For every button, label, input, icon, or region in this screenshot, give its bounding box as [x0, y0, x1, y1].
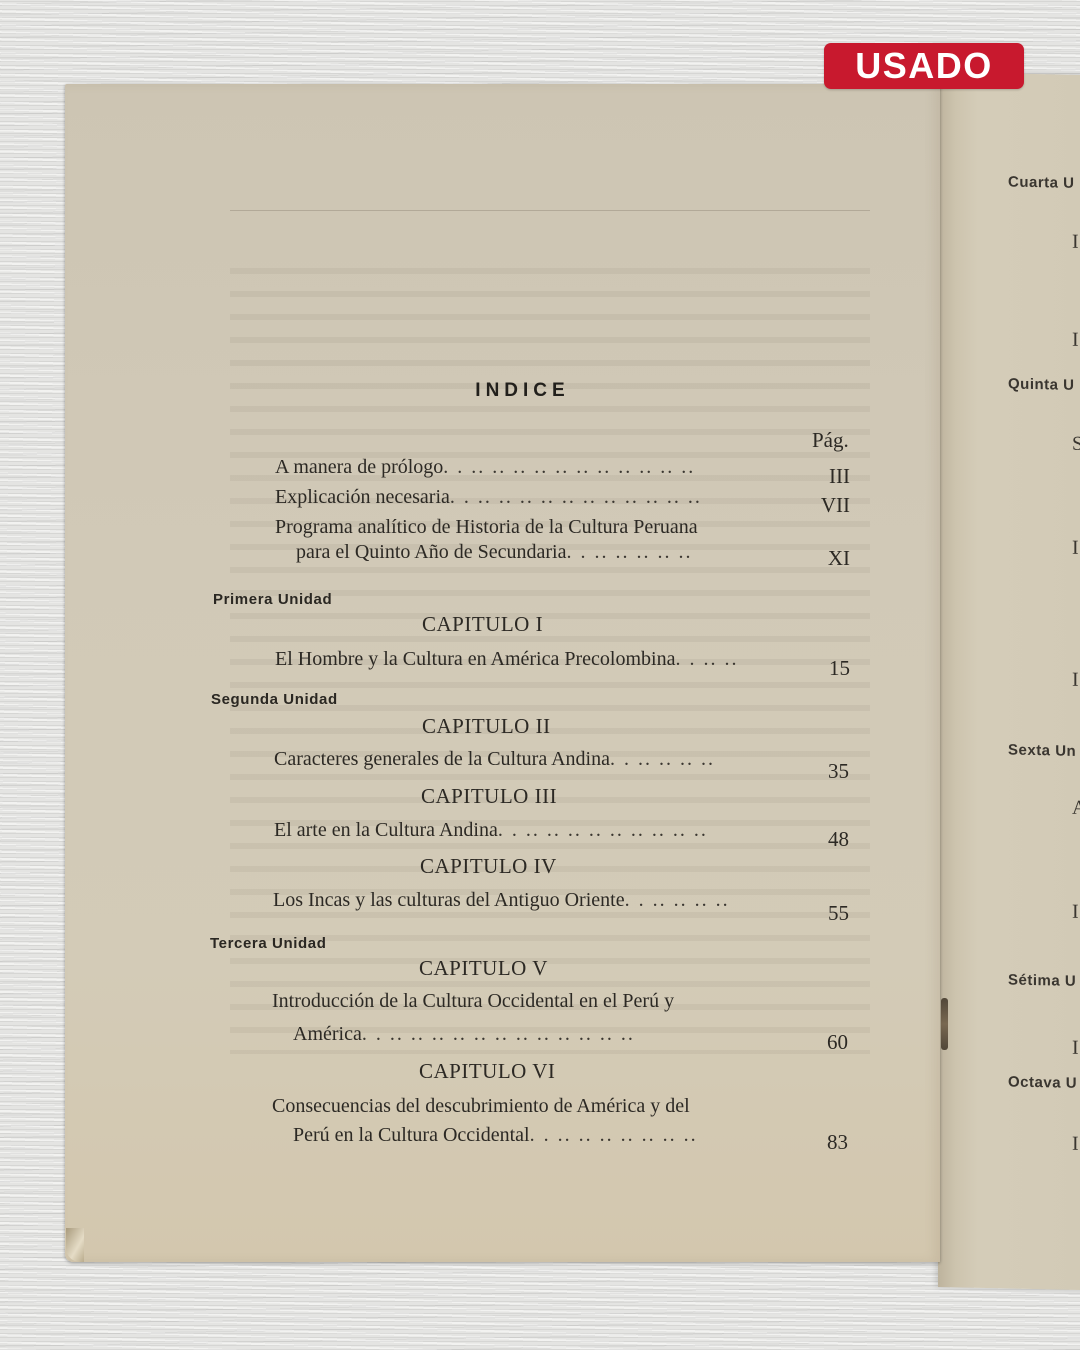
toc-entry-title: El arte en la Cultura Andina — [274, 819, 498, 841]
unit-label-cuarta: Cuarta U — [1008, 173, 1075, 191]
page-number: 15 — [790, 656, 850, 681]
toc-entry-continuation[interactable]: América. . .. .. .. .. .. .. .. .. .. ..… — [293, 1023, 635, 1046]
dot-leaders: . . .. .. .. .. .. .. .. — [530, 1124, 698, 1146]
dot-leaders: . . .. .. — [675, 648, 738, 670]
dot-leaders: . . .. .. .. .. .. .. .. .. .. — [498, 819, 708, 841]
page-corner-curl — [66, 1228, 84, 1262]
toc-entry[interactable]: El arte en la Cultura Andina. . .. .. ..… — [274, 819, 708, 842]
page-number: XI — [790, 546, 850, 571]
dot-leaders: . . .. .. .. .. .. — [566, 541, 692, 563]
toc-entry[interactable]: Explicación necesaria. . .. .. .. .. .. … — [275, 486, 702, 509]
page-number: 35 — [789, 759, 849, 784]
toc-entry[interactable]: Caracteres generales de la Cultura Andin… — [274, 748, 715, 771]
chapter-fragment: I — [1072, 537, 1079, 560]
chapter-fragment: I — [1072, 231, 1079, 254]
toc-entry-title: Introducción de la Cultura Occidental en… — [272, 990, 674, 1013]
toc-entry-continuation[interactable]: para el Quinto Año de Secundaria. . .. .… — [296, 541, 692, 564]
toc-entry-title: Perú en la Cultura Occidental — [293, 1124, 530, 1146]
toc-entry[interactable]: El Hombre y la Cultura en América Precol… — [275, 648, 738, 671]
page-number: 55 — [789, 901, 849, 926]
toc-entry-continuation[interactable]: Perú en la Cultura Occidental. . .. .. .… — [293, 1124, 698, 1147]
unit-label: Tercera Unidad — [210, 935, 327, 952]
page-number: III — [790, 464, 850, 489]
chapter-heading: CAPITULO IV — [420, 854, 557, 879]
chapter-fragment: I — [1072, 1133, 1079, 1156]
toc-entry[interactable]: Consecuencias del descubrimiento de Amér… — [272, 1095, 690, 1118]
chapter-heading: CAPITULO III — [421, 784, 557, 809]
page-number: VII — [790, 493, 850, 518]
page-edge-tear — [941, 998, 948, 1050]
dot-leaders: . . .. .. .. .. .. .. .. .. .. .. .. — [443, 456, 695, 478]
toc-entry-title: A manera de prólogo — [275, 456, 443, 478]
chapter-fragment: I — [1072, 1037, 1079, 1060]
dot-leaders: . . .. .. .. .. — [610, 748, 715, 770]
unit-label: Primera Unidad — [213, 591, 332, 608]
page-number: 60 — [788, 1030, 848, 1055]
unit-label-setima: Sétima U — [1008, 971, 1076, 989]
toc-entry[interactable]: A manera de prólogo. . .. .. .. .. .. ..… — [275, 456, 695, 479]
dot-leaders: . . .. .. .. .. .. .. .. .. .. .. .. — [450, 486, 702, 508]
chapter-heading: CAPITULO V — [419, 956, 548, 981]
toc-entry-title: América — [293, 1023, 362, 1045]
toc-entry-title: Programa analítico de Historia de la Cul… — [275, 516, 698, 538]
toc-entry[interactable]: Programa analítico de Historia de la Cul… — [275, 516, 698, 539]
chapter-heading: CAPITULO II — [422, 714, 551, 739]
page-column-label: Pág. — [812, 428, 849, 453]
index-page: INDICE Pág. A manera de prólogo. . .. ..… — [65, 84, 940, 1262]
unit-label-sexta: Sexta Un — [1008, 741, 1076, 759]
unit-label: Segunda Unidad — [211, 691, 338, 708]
toc-entry-title: para el Quinto Año de Secundaria — [296, 541, 566, 563]
toc-entry-title: Consecuencias del descubrimiento de Amér… — [272, 1095, 690, 1117]
unit-label-quinta: Quinta U — [1008, 375, 1075, 393]
bleed-through-rule — [230, 210, 870, 211]
next-page: Cuarta U I I Quinta U S I I Sexta Un A I… — [938, 72, 1080, 1290]
chapter-fragment: S — [1072, 433, 1080, 456]
page-title: INDICE — [65, 380, 940, 402]
toc-entry-title: Caracteres generales de la Cultura Andin… — [274, 748, 610, 770]
chapter-fragment: A — [1072, 797, 1080, 820]
unit-label-octava: Octava U — [1008, 1073, 1077, 1091]
chapter-fragment: I — [1072, 329, 1079, 352]
toc-entry-title: Explicación necesaria — [275, 486, 450, 508]
toc-entry-title: Los Incas y las culturas del Antiguo Ori… — [273, 889, 625, 911]
toc-entry[interactable]: Introducción de la Cultura Occidental en… — [272, 990, 768, 1013]
toc-entry-title: El Hombre y la Cultura en América Precol… — [275, 648, 675, 670]
toc-entry[interactable]: Los Incas y las culturas del Antiguo Ori… — [273, 889, 730, 912]
dot-leaders: . . .. .. .. .. .. .. .. .. .. .. .. .. — [362, 1023, 635, 1045]
page-number: 83 — [788, 1130, 848, 1155]
chapter-fragment: I — [1072, 901, 1079, 924]
page-number: 48 — [789, 827, 849, 852]
chapter-heading: CAPITULO VI — [419, 1059, 555, 1084]
condition-badge: USADO — [824, 43, 1024, 89]
chapter-heading: CAPITULO I — [422, 612, 543, 637]
dot-leaders: . . .. .. .. .. — [625, 889, 730, 911]
chapter-fragment: I — [1072, 669, 1079, 692]
